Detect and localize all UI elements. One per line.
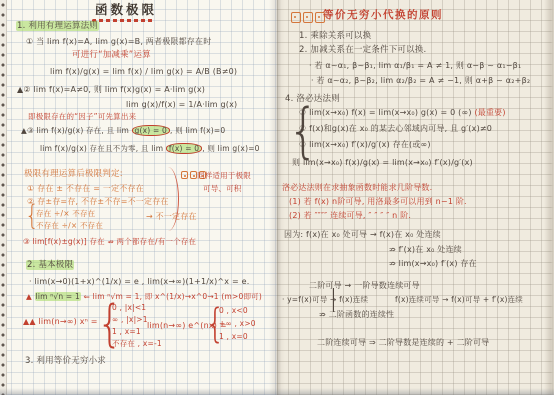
root-limit-line: ▲ lim ⁿ√n = 1 ⇐ lim ⁿ√m = 1, 即 x^(1/x)→x… [26,291,262,302]
bottom-shadow-edge [0,388,554,395]
substitution-case-minus: · 若 α~α₁, β~β₁, lim α₁/β₁ = A ≠ 1, 则 α−β… [309,60,521,71]
abstract-note-2: (2) 若 ″″″″ 连续可导, ″ ″ ″ ″ n 阶. [289,210,411,221]
left-page: 函数极限 1. 利用有理运算法则 ① 当 lim f(x)=A, lim g(x… [0,0,277,395]
notebook-photo: 函数极限 1. 利用有理运算法则 ① 当 lim f(x)=A, lim g(x… [0,0,554,395]
rule-2-formula: lim g(x)/f(x) = 1/A·lim g(x) [126,99,237,110]
side-note-line-2: 可导、可积 [203,183,242,194]
not-imply-2: ⇏ lim(x→x₀) f′(x) 存在 [389,258,477,269]
second-order-line: 二阶可导 → 一阶导数连续可导 [309,280,420,291]
root-limit-marker: ▲ [26,292,35,301]
rule-3b-pre: lim f(x)/g(x) 存在且不为零, 且 lim [40,144,166,153]
rule-3-line-a: ▲③ lim f(x)/g(x) 存在, 且 lim g(x) = 0, 则 l… [21,125,225,136]
judge-rule-4: ③ lim[f(x)±g(x)] 存在 ⇏ 两个都存在/有一个存在 [23,236,196,247]
rule-3b-post: , 则 lim g(x)=0 [202,144,259,153]
because-line: 因为: f(x)在 x₀ 处可导 → f(x)在 x₀ 处连续 [284,229,441,240]
rule-2-line: ▲② lim f(x)=A≠0, 则 lim f(x)g(x) = A·lim … [17,84,205,95]
judge-rule-3b: 不存在 ÷/× 不存在 [36,220,103,231]
section-1-heading-text: 1. 利用有理运算法则 [16,21,99,31]
rule-3a-pre: ▲③ lim f(x)/g(x) 存在, 且 lim [21,126,132,135]
judge-heading: 极限有理运算后极限判定: [24,169,123,180]
side-note-line-1: 同样适用于极限 [197,170,251,181]
rule-3a-circled-term: g(x) = 0 [132,125,170,136]
rule-1-line: ① 当 lim f(x)=A, lim g(x)=B, 两者极限都存在时 [26,36,211,47]
rule-3b-circled-term: f(x) = 0 [166,143,202,154]
rule-3-line-b: lim f(x)/g(x) 存在且不为零, 且 lim f(x) = 0, 则 … [40,143,260,154]
center-page-seam [269,0,285,395]
abstract-function-note: 洛必达法则在求抽象函数时能求几阶导数. [282,182,432,193]
section-2-heading-text: 2. 基本极限 [26,260,74,270]
rule-1-annotation: 可进行“加减乘”运算 [72,50,151,61]
title-stamp-icon [291,12,325,23]
second-order-continuous-line: 二阶连续可导 ⇒ 二阶导数是连续的 + 二阶可导 [317,337,489,348]
factor-note: 即极限存在的“因子”可先算出来 [28,111,136,122]
substitution-rule-1: 1. 乘除关系可以换 [299,31,371,42]
right-page: 等价无穷小代换的原则 1. 乘除关系可以换 2. 加减关系在一定条件下可以换. … [277,0,554,395]
substitution-case-plus: · 若 α~α₂, β~β₂, lim α₂/β₂ = A ≠ −1, 则 α+… [311,75,530,86]
lhopital-condition-2: ② f(x)和g(x)在 x₀ 的某去心邻域内可导, 且 g′(x)≠0 [299,123,492,134]
judge-rule-1: ① 存在 ± 不存在 = 一定不存在 [27,183,144,194]
xn-limit-label: ▲▲ lim(n→∞) xⁿ = [23,316,98,327]
root-limit-highlight: lim ⁿ√n = 1 [35,292,81,301]
enx-case-2: +∞ , x>0 [219,318,256,329]
lhopital-condition-1: ① lim(x→x₀) f(x) = lim(x→x₀) g(x) = 0 (∞… [299,107,506,118]
title-underline [92,19,154,22]
section-2-heading: 2. 基本极限 [26,260,74,271]
condition-1-note: (最重要) [474,108,505,117]
lhopital-condition-3: ③ lim(x→x₀) f′(x)/g′(x) 存在(或∞) [299,139,431,150]
not-imply-1: ⇏ f′(x)在 x₀ 处连续 [389,244,462,255]
quotient-formula: lim f(x)/g(x) = lim f(x) / lim g(x) = A/… [50,66,237,77]
abstract-note-1: (1) 若 f(x) n阶可导, 用洛最多可以用到 n−1 阶. [289,196,467,207]
right-page-edge [544,0,554,395]
enx-case-3: 1 , x=0 [219,331,248,342]
enx-case-1: 0 , x<0 [219,305,248,316]
torn-spiral-edge [0,0,7,395]
xn-case-4: 不存在 , x=-1 [112,338,162,349]
e-limit-formula: · lim(x→0)(1+x)^(1/x) = e , lim(x→∞)(1+1… [29,276,250,287]
judge-rule-2: ② 存±存=存, 不存±不存=不一定存在 [27,196,169,207]
xn-case-1: 0 , |x|<1 [112,302,146,313]
xn-case-3: 1 , x=1 [112,326,141,337]
not-imply-3: ⇏ 二阶函数的连续性 [319,309,394,320]
page-title: 函数极限 [95,4,157,15]
xn-case-2: ∞ , |x|>1 [112,314,148,325]
continuously-differentiable-line: f(x)连续可导 → f(x)可导 + f′(x)连续 [395,294,523,305]
substitution-rule-2: 2. 加减关系在一定条件下可以换. [299,45,426,56]
lhopital-conclusion: 则 lim(x→x₀) f(x)/g(x) = lim(x→x₀) f′(x)/… [292,157,473,168]
right-page-title: 等价无穷小代换的原则 [323,10,443,21]
differentiable-continuous-line: · y=f(x)可导 → f(x)连续 [282,294,368,305]
condition-1-text: ① lim(x→x₀) f(x) = lim(x→x₀) g(x) = 0 (∞… [299,108,474,117]
judge-rule-3a: 存在 ÷/× 不存在 [36,208,95,219]
rule-3a-post: , 则 lim f(x)=0 [170,126,225,135]
section-1-heading: 1. 利用有理运算法则 [16,21,99,32]
section-3-heading: 3. 利用等价无穷小求 [25,356,106,367]
